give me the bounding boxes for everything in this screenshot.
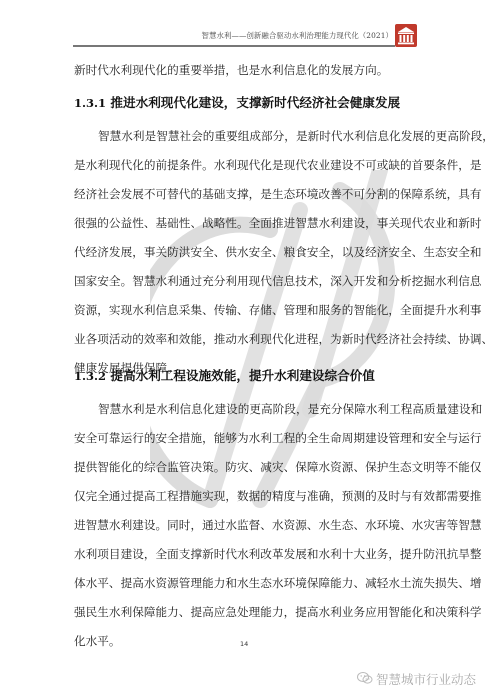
- intro-line: 新时代水利现代化的重要举措，也是水利信息化的发展方向。: [74, 63, 388, 77]
- paragraph-line: 代经济发展，事关防洪安全、供水安全、粮食安全，以及经济安全、生态安全和: [74, 245, 482, 259]
- header-title: 智慧水利——创新融合驱动水利治理能力现代化（2021）: [202, 30, 394, 41]
- paragraph-line: 仅完全通过提高工程措施实现，数据的精度与准确，预测的及时与有效都需要推: [74, 489, 482, 503]
- section-title: 推进水利现代化建设，支撑新时代经济社会健康发展: [110, 95, 400, 110]
- paragraph-line: 强民生水利保障能力、提高应急处理能力，提高水利业务应用智能化和决策科学: [74, 605, 482, 619]
- paragraph-line: 智慧水利是智慧社会的重要组成部分，是新时代水利信息化发展的更高阶段，: [98, 129, 494, 143]
- section-number: 1.3.1: [74, 96, 106, 110]
- institution-building-icon: [395, 24, 417, 47]
- paragraph-line: 很强的公益性、基础性、战略性。全面推进智慧水利建设，事关现代农业和新时: [74, 216, 482, 230]
- paragraph-line: 提供智能化的综合监管决策。防灾、减灾、保障水资源、保护生态文明等不能仅: [74, 460, 482, 474]
- section-heading-1-3-2: 1.3.2 提高水利工程设施效能，提升水利建设综合价值: [74, 368, 375, 384]
- header-rule: [73, 45, 395, 47]
- paragraph-line: 智慧水利是水利信息化建设的更高阶段，是充分保障水利工程高质量建设和: [98, 402, 482, 416]
- paragraph-line: 国家安全。智慧水利通过充分利用现代信息技术，深入开发和分析挖掘水利信息: [74, 274, 482, 288]
- page-header: 智慧水利——创新融合驱动水利治理能力现代化（2021）: [73, 20, 395, 47]
- footer-brand-name: 智慧城市行业动态: [376, 670, 476, 688]
- wechat-icon: [357, 671, 373, 688]
- paragraph-line: 业各项活动的效率和效能，推动水利现代化进程，为新时代经济社会持续、协调、: [74, 332, 493, 346]
- page-number: 14: [240, 640, 248, 648]
- footer-brand[interactable]: 智慧城市行业动态: [357, 670, 476, 688]
- paragraph-line: 进智慧水利建设。同时，通过水监督、水资源、水生态、水环境、水灾害等智慧: [74, 518, 482, 532]
- section-heading-1-3-1: 1.3.1 推进水利现代化建设，支撑新时代经济社会健康发展: [74, 95, 400, 111]
- paragraph-line: 化水平。: [74, 634, 121, 648]
- paragraph-line: 经济社会发展不可替代的基础支撑，是生态环境改善不可分割的保障系统，具有: [74, 187, 482, 201]
- section-number: 1.3.2: [74, 369, 106, 383]
- paragraph-line: 安全可靠运行的安全措施，能够为水利工程的全生命周期建设管理和安全与运行: [74, 431, 482, 445]
- paragraph-line: 水利项目建设，全面支撑新时代水利改革发展和水利十大业务，提升防汛抗旱整: [74, 547, 482, 561]
- section-title: 提高水利工程设施效能，提升水利建设综合价值: [110, 368, 374, 383]
- paragraph-line: 体水平、提高水资源管理能力和水生态水环境保障能力、减轻水土流失损失、增: [74, 576, 482, 590]
- paragraph-line: 资源，实现水利信息采集、传输、存储、管理和服务的智能化，全面提升水利事: [74, 303, 482, 317]
- paragraph-line: 是水利现代化的前提条件。水利现代化是现代农业建设不可或缺的首要条件，是: [74, 158, 482, 172]
